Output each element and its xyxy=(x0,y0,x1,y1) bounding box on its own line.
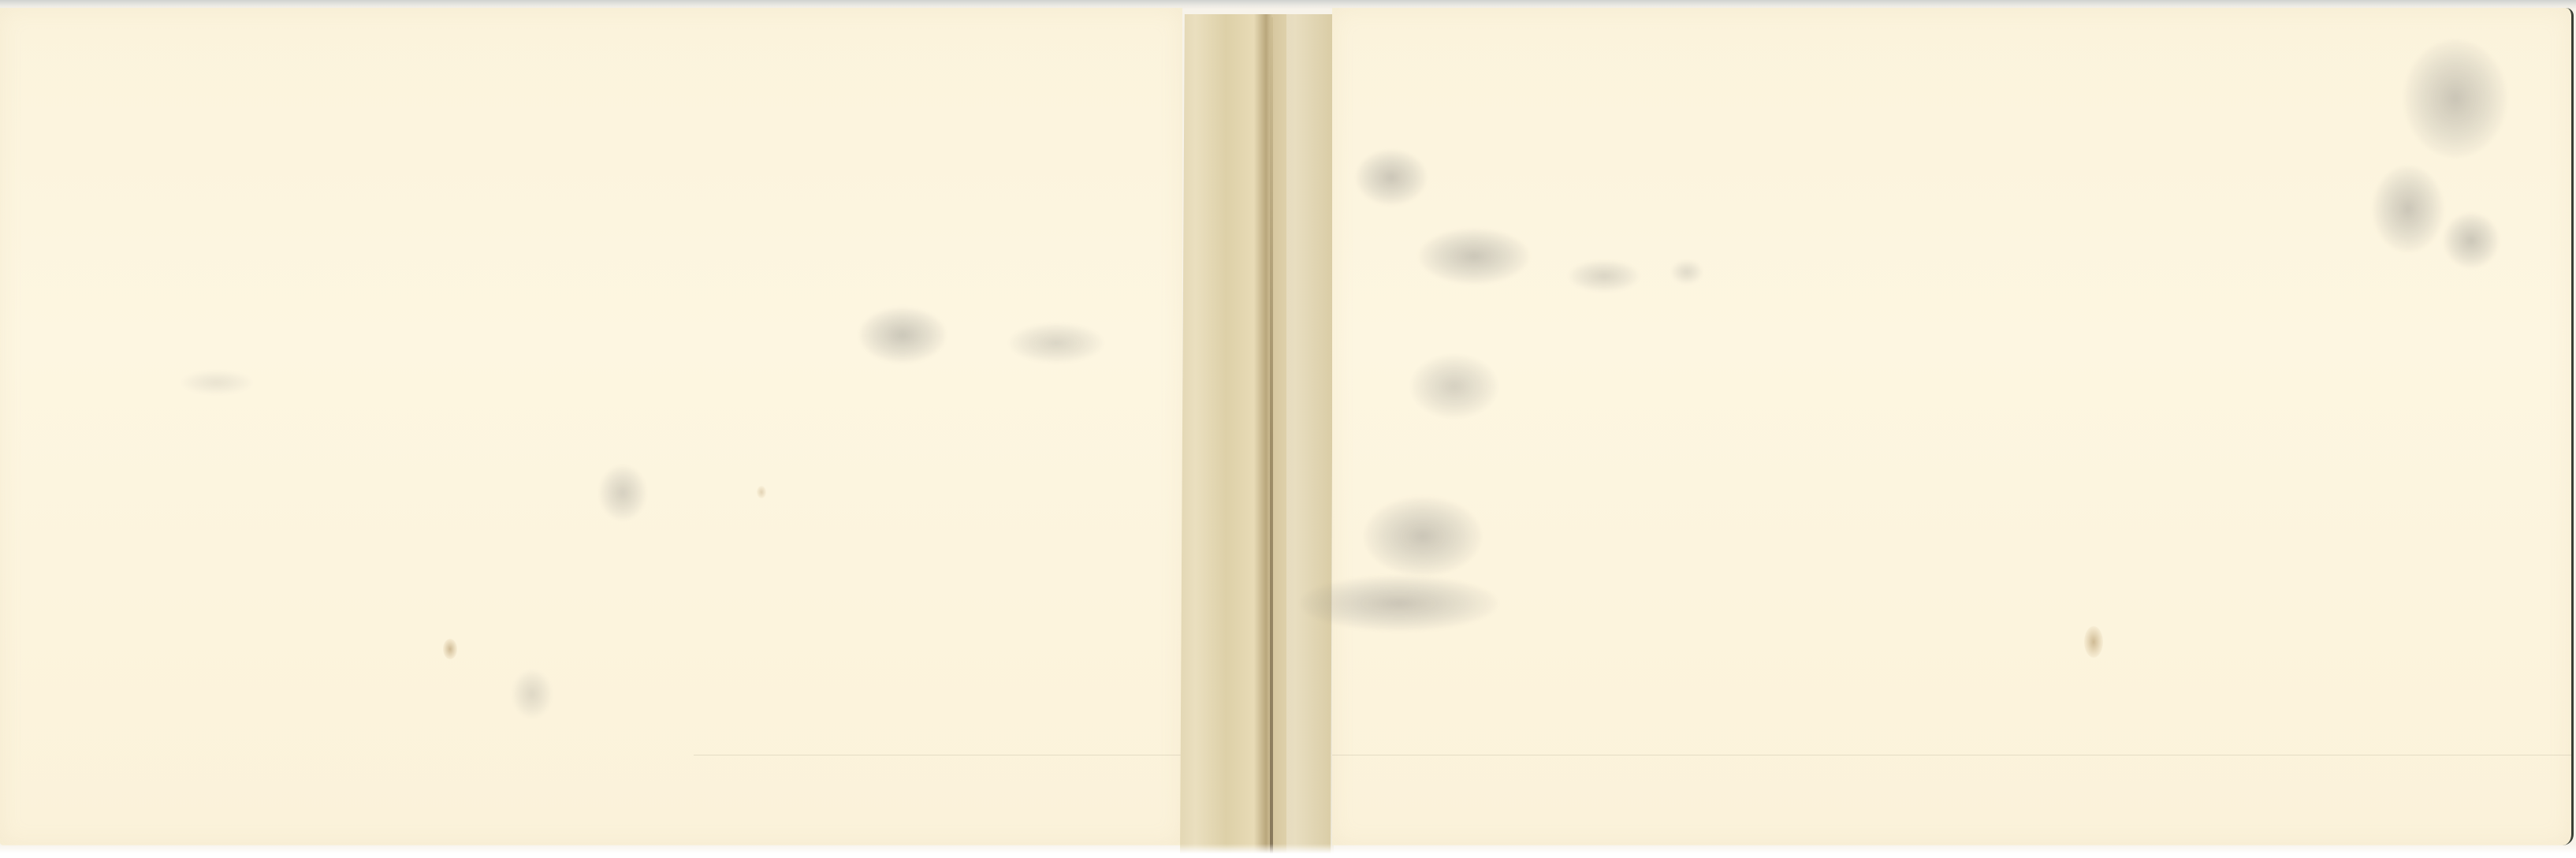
graphite-smudge xyxy=(599,465,646,520)
graphite-smudge xyxy=(1671,260,1703,284)
graphite-smudge xyxy=(1569,260,1640,292)
scan-bottom-edge xyxy=(0,844,2576,858)
right-page xyxy=(1332,8,2574,845)
graphite-smudge xyxy=(181,371,252,394)
scanned-document xyxy=(0,0,2576,858)
paper-stain xyxy=(757,486,766,498)
left-page xyxy=(0,8,1182,845)
graphite-smudge xyxy=(859,308,946,363)
faint-line xyxy=(1332,755,2571,755)
graphite-smudge xyxy=(1356,150,1427,205)
spine-crease xyxy=(1270,17,1273,858)
graphite-smudge xyxy=(2404,39,2507,158)
graphite-smudge xyxy=(2444,213,2499,268)
graphite-smudge xyxy=(1009,323,1104,363)
paper-stain xyxy=(2084,626,2103,658)
paper-stain xyxy=(443,639,457,659)
graphite-smudge xyxy=(2373,166,2444,252)
graphite-smudge xyxy=(1419,229,1529,284)
graphite-smudge xyxy=(1364,497,1482,576)
spine-tape-fold xyxy=(1286,14,1334,858)
faint-line xyxy=(694,755,1182,755)
graphite-smudge xyxy=(512,670,552,718)
graphite-smudge xyxy=(1301,576,1498,631)
graphite-smudge xyxy=(1411,355,1498,418)
